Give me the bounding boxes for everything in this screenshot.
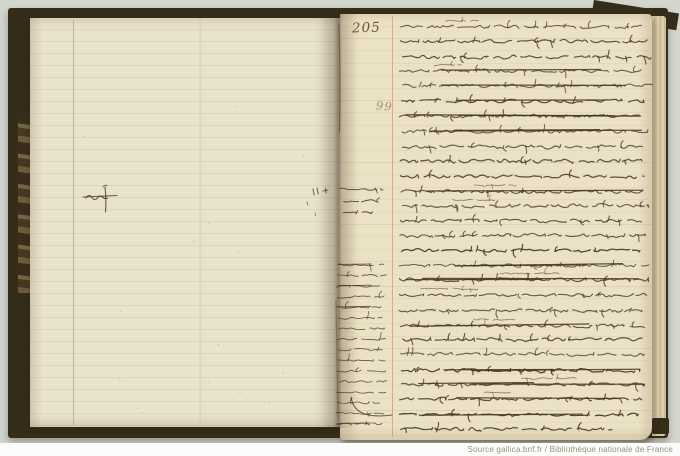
right-manuscript-page: [340, 14, 652, 440]
manuscript-photo: 205 99: [0, 0, 680, 443]
pencil-foliation-number: 99: [375, 98, 393, 113]
gutter-shadow: [320, 14, 356, 428]
left-blank-page: [30, 18, 340, 427]
credit-bar: Source gallica.bnf.fr / Bibliothèque nat…: [0, 443, 680, 456]
source-credit: Source gallica.bnf.fr / Bibliothèque nat…: [467, 443, 673, 456]
right-page-margin-line: [392, 16, 393, 437]
cover-corner-bottom-right: [652, 418, 669, 434]
left-page-margin-line: [73, 20, 74, 425]
page-edges: [652, 16, 666, 436]
screenshot: 205 99 Source gallica.bnf.fr / Bibliothè…: [0, 0, 680, 456]
folio-number: 205: [352, 20, 381, 37]
